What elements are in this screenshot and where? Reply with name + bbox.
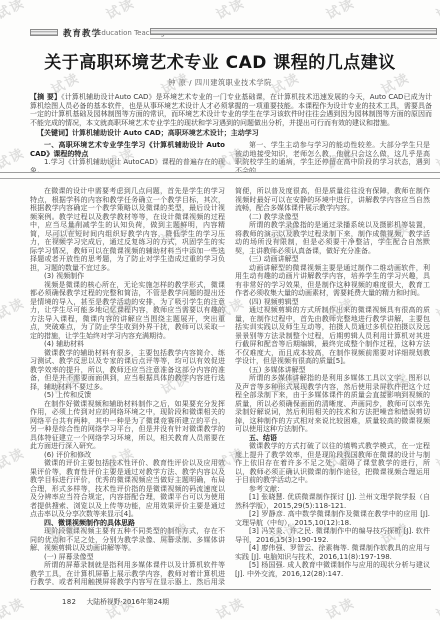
body-paragraph: [5] 杨国强. 成人教育中微课制作与应用的现状分析与建议 [J]. 中外交流，… (235, 561, 430, 578)
page2-columns: 在微课的设计中需要考虑到几点问题，首先是学生的学习特点，根据学科的内容和教学任务… (30, 187, 430, 585)
body-paragraph: (二) 教学录像型 (235, 213, 430, 222)
trial-watermark: 试读 (322, 592, 357, 620)
body-paragraph: 微课教学的方式打破了以往的填鸭式教学模式，在一定程度上提升了教学效率，但是现阶段… (235, 442, 430, 485)
body-paragraph: 第一、学生主动参与学习的能动性较差。大部分学生只是被动地接受知识，老师怎么教，他… (235, 141, 430, 172)
page1-left-column: 一、高职环境艺术专业学生学习《计算机辅助设计 Auto CAD》课程的特点1.学… (30, 141, 225, 172)
body-paragraph: (6) 评价和修改 (30, 451, 225, 460)
trial-watermark: 试读 (322, 0, 357, 23)
article-title: 关于高职环境艺术专业 CAD 课程的几点建议 (0, 48, 440, 73)
trial-watermark: 试读 (432, 142, 440, 173)
author-line: 钟 原 / 四川建筑职业技术学院 (0, 78, 440, 88)
section-name-cn: 教育教学 (63, 27, 101, 39)
body-paragraph: (3) 视频制作 (30, 272, 225, 281)
body-paragraph: [3] 冯笑炎、许之民. 微课制作中的编导技巧探析 [J]. 软件导刊，2016… (235, 527, 430, 544)
trial-watermark: 试读 (0, 292, 28, 323)
page2-right-column: 简便，所以普及度很高，但是质量往往没有保障，教师在制作视频时最好可以在安静的环境… (235, 187, 430, 585)
body-paragraph: 动画讲解型的微课视频主要是通过制作二维动画软件，利用生动有趣的动画片讲解教学内容… (235, 264, 430, 298)
page1-right-column: 第一、学生主动参与学习的能动性较差。大部分学生只是被动地接受知识，老师怎么教，他… (235, 141, 430, 172)
abstract-block: 【摘 要】《计算机辅助设计Auto CAD》是环境艺术专业的一门专业基础课，在计… (30, 93, 432, 145)
trial-watermark: 试读 (432, 0, 440, 23)
footer-rule (30, 589, 431, 590)
trial-watermark: 试读 (432, 442, 440, 473)
section-heading: 四、微课视频制作的具体思路 (30, 519, 225, 528)
body-paragraph: 1.学习《计算机辅助设计 AutoCAD》课程的普遍存在的现象。 (30, 158, 225, 172)
body-paragraph: 视频是微课的核心所在，无论实施怎样的教学形式，微课都必须确保教学过程的完整和简洁… (30, 281, 225, 341)
trial-watermark: 试读 (102, 0, 137, 23)
header-underline (150, 38, 437, 39)
trial-watermark: 试读 (212, 0, 247, 23)
trial-watermark: 试读 (432, 292, 440, 323)
trial-watermark: 试读 (0, 0, 28, 23)
document-page: 教育教学 Education Teaching 关于高职环境艺术专业 CAD 课… (0, 0, 440, 620)
body-paragraph: 微课教学的辅助材料有很多，主要包括教学内容简介、练习测试、教学反思以及专家的课后… (30, 349, 225, 392)
body-paragraph: 现阶段微课视频主要有五种不同类型的制作方式，存在不同的优点和不足之处，分别为教学… (30, 527, 225, 553)
body-paragraph: (5) 上传和反馈 (30, 391, 225, 400)
body-paragraph: (四) 视频剪辑型 (235, 298, 430, 307)
journal-name: 大陆桥视野·2016年第24期 (86, 598, 168, 606)
body-paragraph: 在制作好微课视频和辅助材料制作之后，如果要充分发挥作用，必须上传到对应的网络环境… (30, 400, 225, 451)
header-decor-bar-right (150, 28, 437, 35)
header-decor-bar-left (30, 29, 58, 36)
body-paragraph: (4) 辅助材料 (30, 340, 225, 349)
abstract-paragraph: 【摘 要】《计算机辅助设计Auto CAD》是环境艺术专业的一门专业基础课，在计… (30, 93, 432, 127)
body-paragraph: [4] 廖伟强、罗智云、徐素梅等. 微课制作软教具的应用与实践 [J]. 电脑知… (235, 544, 430, 561)
body-paragraph: 参考文献： (235, 485, 430, 494)
body-paragraph: [2] 罗静彦. 高中数学微课制作及微课在教学中的应用 [J]. 文理导航（中旬… (235, 510, 430, 527)
body-paragraph: (三) 动画讲解型 (235, 255, 430, 264)
section-heading: 一、高职环境艺术专业学生学习《计算机辅助设计 Auto CAD》课程的特点 (30, 141, 225, 158)
page-footer: 182大陆桥视野·2016年第24期 (62, 596, 169, 606)
body-paragraph: (五) 多媒体讲解型 (235, 366, 430, 375)
section-heading: 五、结语 (235, 434, 430, 443)
page-separator-line-top (0, 172, 440, 173)
keywords-line: 【关键词】计算机辅助设计 Auto CAD；高职环境艺术设计；主动学习 (30, 129, 432, 138)
body-paragraph: 所谓的教学录像指的是通过录播系统以及摄影机等装置，将教师的演示以及教学过程录制下… (235, 221, 430, 255)
trial-watermark: 试读 (0, 442, 28, 473)
abstract-label: 【摘 要】 (30, 93, 61, 101)
keywords-label: 【关键词】 (37, 129, 72, 137)
body-paragraph: 简便，所以普及度很高，但是质量往往没有保障，教师在制作视频时最好可以在安静的环境… (235, 187, 430, 213)
body-paragraph: 所谓的屏幕录制就是指利用多媒体课件以及计算机软件等教学工具，在计算机屏幕上展示教… (30, 561, 225, 585)
page-header: 教育教学 Education Teaching (0, 26, 440, 40)
body-paragraph: [1] 张晓慧. 优质微课制作探讨 [J]. 兰州文理学院学报（自然科学版），2… (235, 493, 430, 510)
page-number: 182 (62, 598, 76, 606)
keywords-text: 计算机辅助设计 Auto CAD；高职环境艺术设计；主动学习 (72, 129, 259, 137)
body-paragraph: 通过视频剪辑的方式所制作出来的微课视频具有很高的质量，在制作过程中，首先由教师完… (235, 306, 430, 366)
page-separator-line-bottom (0, 178, 440, 179)
abstract-text: 《计算机辅助设计Auto CAD》是环境艺术专业的一门专业基础课，在计算机技术迅… (30, 93, 432, 127)
body-paragraph: 微课的评价主要包括技术性评价、教育性评价以及应用效果评价等，教育性评价主要是通过… (30, 459, 225, 519)
page2-left-column: 在微课的设计中需要考虑到几点问题，首先是学生的学习特点，根据学科的内容和教学任务… (30, 187, 225, 585)
body-paragraph: 在微课的设计中需要考虑到几点问题，首先是学生的学习特点，根据学科的内容和教学任务… (30, 187, 225, 272)
trial-watermark: 试读 (0, 142, 28, 173)
page1-columns: 一、高职环境艺术专业学生学习《计算机辅助设计 Auto CAD》课程的特点1.学… (30, 141, 430, 172)
trial-watermark: 试读 (0, 592, 28, 620)
trial-watermark: 试读 (212, 592, 247, 620)
body-paragraph: (一) 屏幕录像型 (30, 553, 225, 562)
trial-watermark: 试读 (432, 592, 440, 620)
body-paragraph: 所谓的多媒体讲解指的是利用多媒体工具以文字、图形以及声音等多种形式展现教学内容，… (235, 374, 430, 434)
